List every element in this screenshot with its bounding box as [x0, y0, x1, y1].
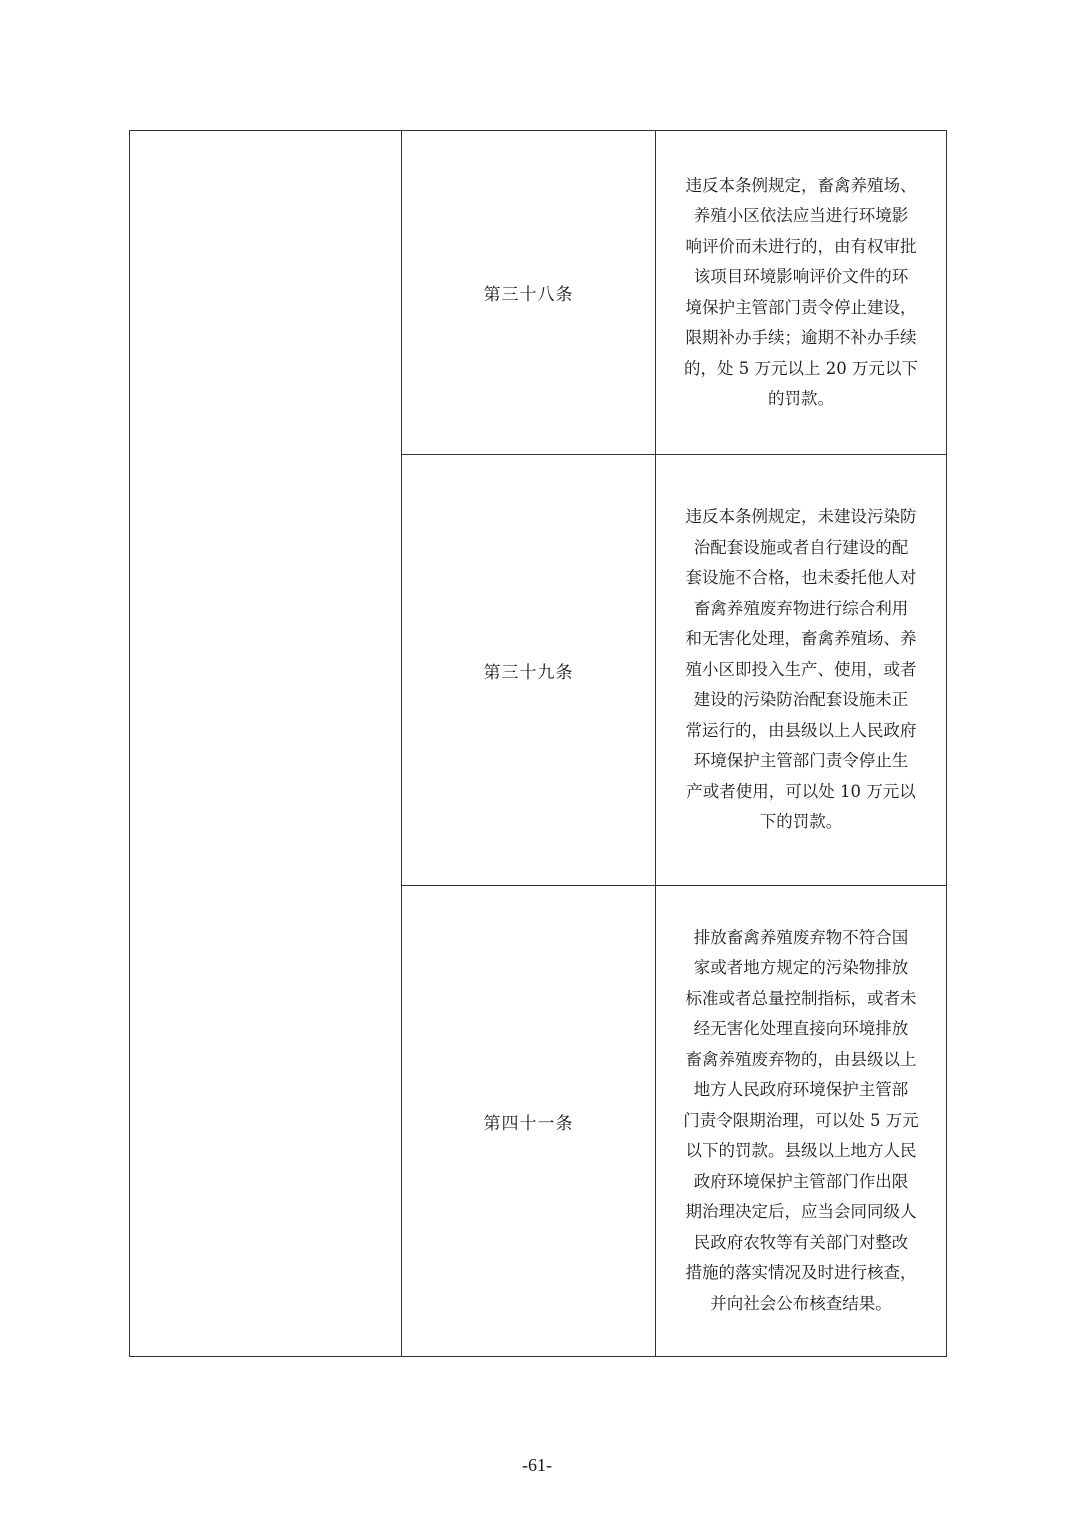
table-row: 第三十八条 违反本条例规定，畜禽养殖场、 养殖小区依法应当进行环境影 响评价而未… — [130, 131, 947, 455]
regulation-table: 第三十八条 违反本条例规定，畜禽养殖场、 养殖小区依法应当进行环境影 响评价而未… — [129, 130, 947, 1357]
content-line: 养殖小区依法应当进行环境影 — [666, 201, 936, 232]
content-line: 畜禽养殖废弃物进行综合利用 — [666, 594, 936, 625]
content-line: 期治理决定后，应当会同同级人 — [666, 1197, 936, 1228]
content-line: 产或者使用，可以处 10 万元以 — [666, 777, 936, 808]
article-cell: 第三十八条 — [402, 131, 656, 455]
content-line: 殖小区即投入生产、使用，或者 — [666, 655, 936, 686]
content-line: 常运行的，由县级以上人民政府 — [666, 716, 936, 747]
content-line: 限期补办手续；逾期不补办手续 — [666, 323, 936, 354]
content-line: 畜禽养殖废弃物的，由县级以上 — [666, 1045, 936, 1076]
content-line: 的，处 5 万元以上 20 万元以下 — [666, 354, 936, 385]
content-line: 建设的污染防治配套设施未正 — [666, 685, 936, 716]
content-line: 排放畜禽养殖废弃物不符合国 — [666, 923, 936, 954]
content-line: 经无害化处理直接向环境排放 — [666, 1014, 936, 1045]
content-line: 境保护主管部门责令停止建设， — [666, 293, 936, 324]
content-line: 治配套设施或者自行建设的配 — [666, 533, 936, 564]
article-cell: 第三十九条 — [402, 455, 656, 886]
page-number: -61- — [0, 1455, 1074, 1476]
content-cell: 违反本条例规定，未建设污染防 治配套设施或者自行建设的配 套设施不合格，也未委托… — [656, 455, 947, 886]
content-line: 的罚款。 — [666, 384, 936, 415]
content-line: 地方人民政府环境保护主管部 — [666, 1075, 936, 1106]
content-line: 响评价而未进行的，由有权审批 — [666, 232, 936, 263]
content-line: 以下的罚款。县级以上地方人民 — [666, 1136, 936, 1167]
content-line: 家或者地方规定的污染物排放 — [666, 953, 936, 984]
category-cell — [130, 131, 402, 1357]
content-line: 门责令限期治理，可以处 5 万元 — [666, 1106, 936, 1137]
content-line: 民政府农牧等有关部门对整改 — [666, 1228, 936, 1259]
content-line: 套设施不合格，也未委托他人对 — [666, 563, 936, 594]
content-line: 措施的落实情况及时进行核查， — [666, 1258, 936, 1289]
content-line: 违反本条例规定，畜禽养殖场、 — [666, 171, 936, 202]
content-line: 和无害化处理，畜禽养殖场、养 — [666, 624, 936, 655]
content-line: 环境保护主管部门责令停止生 — [666, 746, 936, 777]
article-cell: 第四十一条 — [402, 886, 656, 1357]
content-line: 并向社会公布核查结果。 — [666, 1289, 936, 1320]
content-line: 该项目环境影响评价文件的环 — [666, 262, 936, 293]
content-cell: 违反本条例规定，畜禽养殖场、 养殖小区依法应当进行环境影 响评价而未进行的，由有… — [656, 131, 947, 455]
content-line: 下的罚款。 — [666, 807, 936, 838]
content-line: 标准或者总量控制指标，或者未 — [666, 984, 936, 1015]
content-cell: 排放畜禽养殖废弃物不符合国 家或者地方规定的污染物排放 标准或者总量控制指标，或… — [656, 886, 947, 1357]
content-line: 违反本条例规定，未建设污染防 — [666, 502, 936, 533]
content-line: 政府环境保护主管部门作出限 — [666, 1167, 936, 1198]
